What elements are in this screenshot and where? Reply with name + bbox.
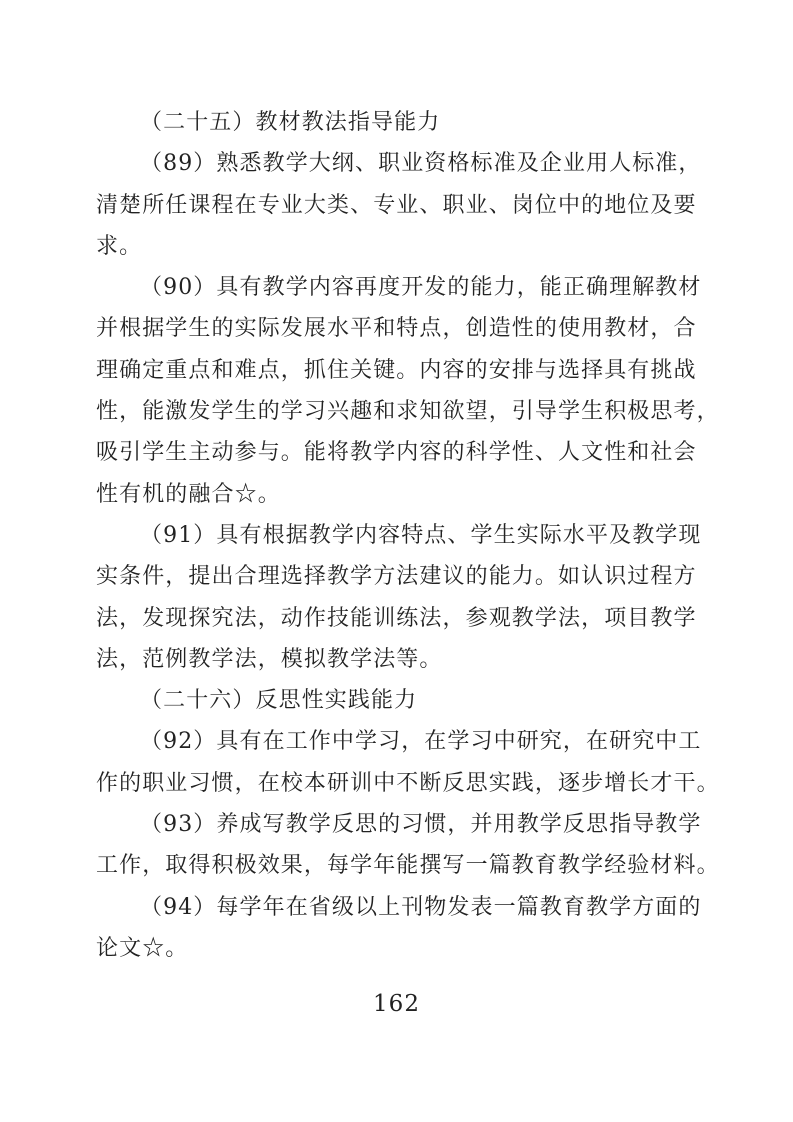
paragraph-92: （92）具有在工作中学习，在学习中研究，在研究中工 作的职业习惯，在校本研训中不… — [96, 721, 697, 804]
paragraph-91: （91）具有根据教学内容特点、学生实际水平及教学现 实条件，提出合理选择教学方法… — [96, 515, 697, 680]
paragraph-93: （93）养成写教学反思的习惯，并用教学反思指导教学 工作，取得积极效果，每学年能… — [96, 804, 697, 887]
document-page: （二十五）教材教法指导能力 （89）熟悉教学大纲、职业资格标准及企业用人标准， … — [0, 0, 793, 1122]
section-heading-25: （二十五）教材教法指导能力 — [96, 102, 697, 143]
paragraph-89: （89）熟悉教学大纲、职业资格标准及企业用人标准， 清楚所任课程在专业大类、专业… — [96, 143, 697, 267]
paragraph-90: （90）具有教学内容再度开发的能力，能正确理解教材 并根据学生的实际发展水平和特… — [96, 267, 697, 515]
page-number: 162 — [0, 993, 793, 1015]
paragraph-94: （94）每学年在省级以上刊物发表一篇教育教学方面的 论文☆。 — [96, 887, 697, 970]
section-heading-26: （二十六）反思性实践能力 — [96, 680, 697, 721]
page-content: （二十五）教材教法指导能力 （89）熟悉教学大纲、职业资格标准及企业用人标准， … — [0, 0, 793, 969]
